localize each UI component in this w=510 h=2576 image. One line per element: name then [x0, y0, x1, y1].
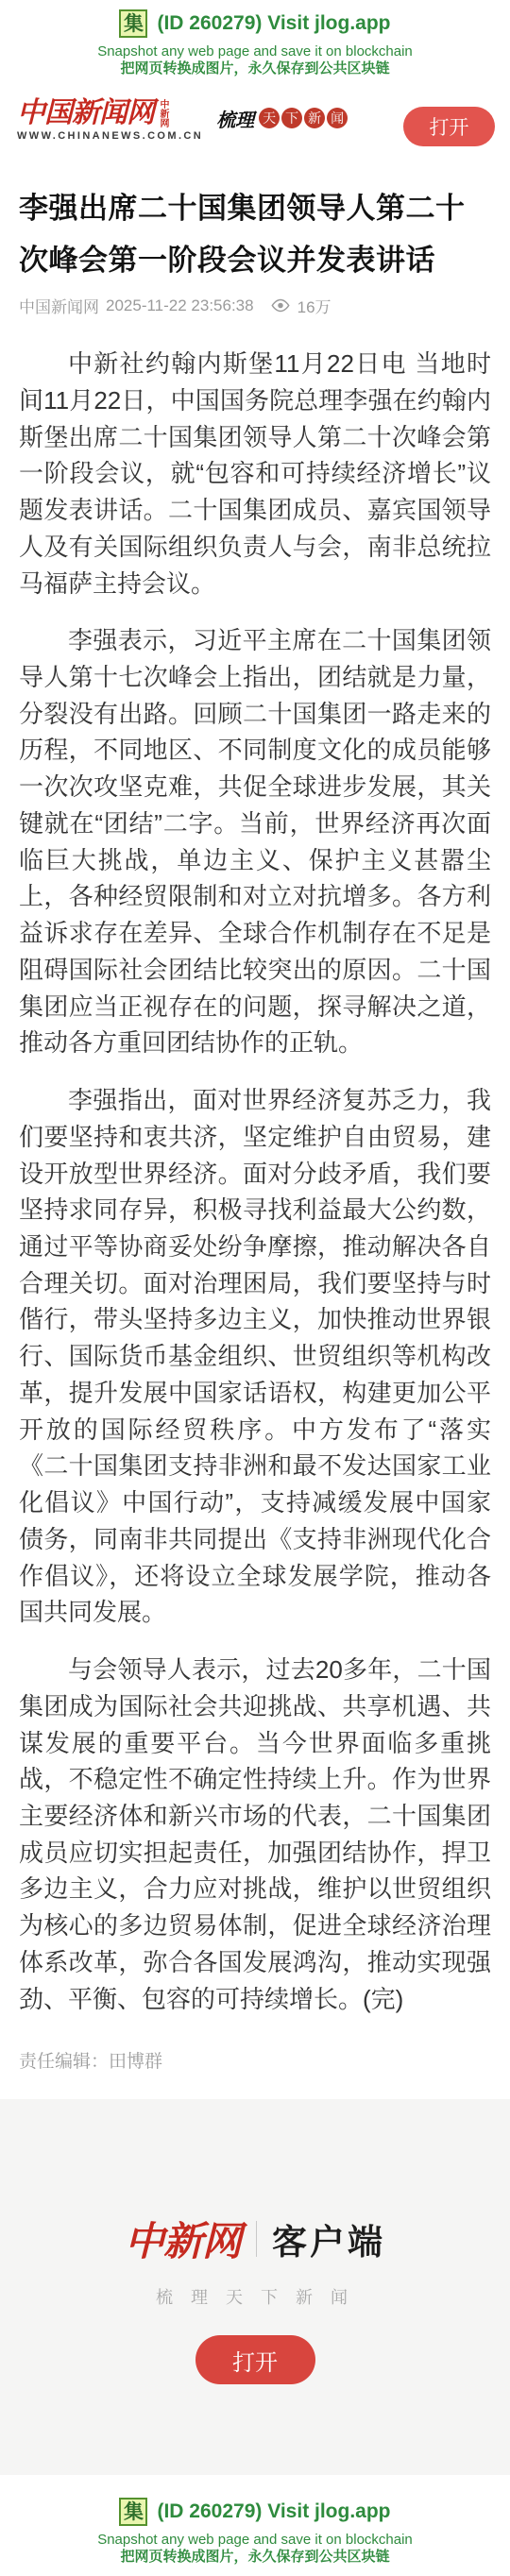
tagline-prefix: 梳理 [216, 105, 254, 132]
article: 李强出席二十国集团领导人第二十次峰会第一阶段会议并发表讲话 中国新闻网 2025… [0, 182, 510, 2074]
promo-banner-title[interactable]: (ID 260279) Visit jlog.app [157, 12, 390, 35]
article-meta: 中国新闻网 2025-11-22 23:56:38 16万 [19, 294, 491, 317]
article-paragraph: 李强指出，面对世界经济复苏乏力，我们要坚持和衷共济，坚定维护自由贸易，建设开放型… [19, 1082, 491, 1631]
spacer [0, 2475, 510, 2488]
article-paragraph: 与会领导人表示，过去20多年，二十国集团成为国际社会共迎挑战、共享机遇、共谋发展… [19, 1652, 491, 2017]
header-tagline: 梳理 天 下 新 闻 [216, 105, 348, 132]
promo-banner-subtitle-zh: 把网页转换成图片，永久保存到公共区块链 [0, 2549, 510, 2567]
article-paragraph: 中新社约翰内斯堡11月22日电 当地时间11月22日，中国国务院总理李强在约翰内… [19, 346, 491, 602]
promo-banner-subtitle-en: Snapshot any web page and save it on blo… [0, 2532, 510, 2549]
footer-client-label: 客户端 [272, 2213, 385, 2264]
open-app-button-header[interactable]: 打开 [403, 107, 495, 146]
article-paragraph: 李强表示，习近平主席在二十国集团领导人第十七次峰会上指出，团结就是力量，分裂没有… [19, 622, 491, 1061]
eye-icon [270, 298, 291, 313]
jlog-badge-icon: 集 [119, 2498, 147, 2526]
app-download-footer: 中新网 客户端 梳 理 天 下 新 闻 打开 [0, 2099, 510, 2475]
chinanews-url: WWW.CHINANEWS.COM.CN [17, 131, 203, 142]
tagline-badge-tian: 天 [259, 108, 280, 128]
tagline-badge-xia: 下 [281, 108, 302, 128]
promo-banner-top[interactable]: 集 (ID 260279) Visit jlog.app Snapshot an… [0, 0, 510, 88]
article-source: 中国新闻网 [19, 294, 99, 317]
chinanews-logo-text: 中国新闻网 [17, 99, 154, 127]
promo-banner-bottom[interactable]: 集 (ID 260279) Visit jlog.app Snapshot an… [0, 2488, 510, 2576]
footer-tagline: 梳 理 天 下 新 闻 [0, 2284, 510, 2309]
footer-divider [256, 2221, 257, 2257]
promo-banner-title[interactable]: (ID 260279) Visit jlog.app [157, 2500, 390, 2523]
promo-banner-subtitle-en: Snapshot any web page and save it on blo… [0, 43, 510, 60]
open-app-button-footer[interactable]: 打开 [195, 2335, 315, 2384]
tagline-badge-xin: 新 [304, 108, 325, 128]
footer-chinanews-logo: 中新网 [125, 2211, 241, 2267]
promo-banner-subtitle-zh: 把网页转换成图片，永久保存到公共区块链 [0, 60, 510, 78]
article-title: 李强出席二十国集团领导人第二十次峰会第一阶段会议并发表讲话 [19, 182, 491, 286]
editor-credit: 责任编辑：田博群 [19, 2047, 491, 2073]
footer-logo-row: 中新网 客户端 [0, 2211, 510, 2267]
chinanews-logo[interactable]: 中国新闻网 中新网 WWW.CHINANEWS.COM.CN [17, 99, 203, 142]
site-header: 中国新闻网 中新网 WWW.CHINANEWS.COM.CN 梳理 天 下 新 … [0, 88, 510, 161]
view-count: 16万 [297, 294, 331, 317]
page: 集 (ID 260279) Visit jlog.app Snapshot an… [0, 0, 510, 2576]
jlog-badge-icon: 集 [119, 9, 147, 38]
tagline-badge-wen: 闻 [327, 108, 348, 128]
article-datetime: 2025-11-22 23:56:38 [106, 297, 254, 315]
chinanews-logo-side-text: 中新网 [158, 99, 168, 127]
